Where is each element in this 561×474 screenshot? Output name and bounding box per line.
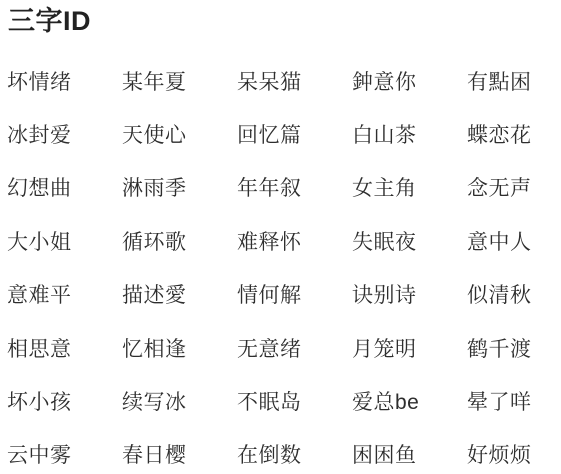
id-item: 不眠岛 bbox=[237, 374, 352, 427]
id-item: 呆呆猫 bbox=[237, 54, 352, 107]
id-item: 描述愛 bbox=[122, 268, 237, 321]
id-item: 无意绪 bbox=[237, 321, 352, 374]
id-item: 大小姐 bbox=[7, 214, 122, 267]
id-item: 相思意 bbox=[7, 321, 122, 374]
id-item: 难释怀 bbox=[237, 214, 352, 267]
id-item: 情何解 bbox=[237, 268, 352, 321]
id-item: 念无声 bbox=[467, 161, 561, 214]
id-item: 淋雨季 bbox=[122, 161, 237, 214]
id-item: 意难平 bbox=[7, 268, 122, 321]
id-item: 循环歌 bbox=[122, 214, 237, 267]
id-item: 有點困 bbox=[467, 54, 561, 107]
id-item: 坏情绪 bbox=[7, 54, 122, 107]
id-item: 云中雾 bbox=[7, 428, 122, 474]
id-item: 年年叙 bbox=[237, 161, 352, 214]
id-item: 天使心 bbox=[122, 107, 237, 160]
id-item: 冰封爱 bbox=[7, 107, 122, 160]
id-item: 晕了咩 bbox=[467, 374, 561, 427]
id-item: 意中人 bbox=[467, 214, 561, 267]
id-item: 在倒数 bbox=[237, 428, 352, 474]
id-item: 爱总be bbox=[352, 374, 467, 427]
id-item: 月笼明 bbox=[352, 321, 467, 374]
id-item: 某年夏 bbox=[122, 54, 237, 107]
id-item: 失眠夜 bbox=[352, 214, 467, 267]
id-item: 坏小孩 bbox=[7, 374, 122, 427]
id-item: 春日樱 bbox=[122, 428, 237, 474]
id-item: 女主角 bbox=[352, 161, 467, 214]
id-item: 鹤千渡 bbox=[467, 321, 561, 374]
id-item: 幻想曲 bbox=[7, 161, 122, 214]
id-item: 似清秋 bbox=[467, 268, 561, 321]
page-title: 三字ID bbox=[0, 0, 561, 38]
id-grid: 坏情绪 某年夏 呆呆猫 鈡意你 有點困 冰封爱 天使心 回忆篇 白山茶 蝶恋花 … bbox=[0, 54, 561, 474]
id-item: 白山茶 bbox=[352, 107, 467, 160]
id-item: 蝶恋花 bbox=[467, 107, 561, 160]
id-item: 续写冰 bbox=[122, 374, 237, 427]
page: 三字ID 坏情绪 某年夏 呆呆猫 鈡意你 有點困 冰封爱 天使心 回忆篇 白山茶… bbox=[0, 0, 561, 474]
id-item: 困困鱼 bbox=[352, 428, 467, 474]
id-item: 诀别诗 bbox=[352, 268, 467, 321]
id-item: 好烦烦 bbox=[467, 428, 561, 474]
id-item: 回忆篇 bbox=[237, 107, 352, 160]
id-item: 忆相逢 bbox=[122, 321, 237, 374]
id-item: 鈡意你 bbox=[352, 54, 467, 107]
